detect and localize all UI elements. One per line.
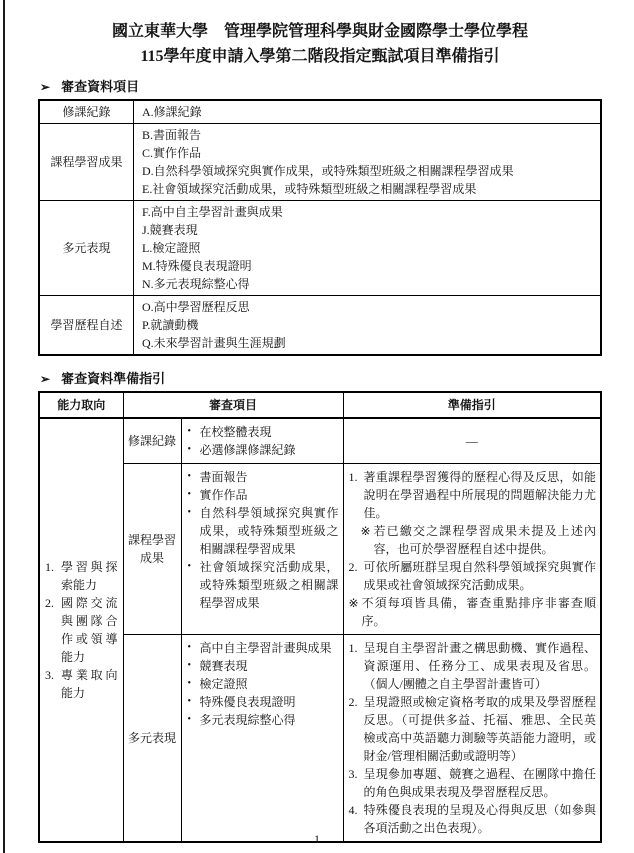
item-line: D.自然科學領域探究與實作成果，或特殊類型班級之相關課程學習成果 (142, 162, 592, 180)
arrowhead-icon: ➢ (40, 79, 50, 96)
note-marker: ※ (349, 594, 362, 630)
item-line: L.檢定證照 (142, 239, 592, 257)
guide-text: 不須每項皆具備，審查重點排序非審查順序。 (362, 594, 596, 630)
bullet-text: 檢定證照 (200, 675, 339, 693)
ability-number: 3. (45, 666, 61, 702)
bullet-item: • 多元表現綜整心得 (188, 711, 339, 729)
section-heading-prep-guide: ➢ 審查資料準備指引 (40, 370, 602, 388)
guide-item: 3. 呈現參加專題、競賽之過程、在團隊中擔任的角色與成果表現及學習歷程反思。 (349, 765, 596, 801)
document-page: 國立東華大學 管理學院管理科學與財金國際學士學位學程 115學年度申請入學第二階… (38, 0, 602, 843)
document-title: 國立東華大學 管理學院管理科學與財金國際學士學位學程 115學年度申請入學第二階… (38, 19, 602, 69)
item-line: Q.未來學習計畫與生涯規劃 (142, 334, 592, 352)
item-line: M.特殊優良表現證明 (142, 257, 592, 275)
bullet-text: 書面報告 (200, 468, 339, 486)
bullet-item: • 特殊優良表現證明 (188, 693, 339, 711)
table-row: 1. 學習與探索能力 2. 國際交流與團隊合作或領導能力 3. 專業取向能力 修… (39, 418, 601, 464)
guide-text: 呈現證照或檢定資格考取的成果及學習歷程反思。（可提供多益、托福、雅思、全民英檢或… (364, 693, 596, 765)
category-cell: 課程學習成果 (39, 124, 134, 201)
table-row: 學習歷程自述 O.高中學習歷程反思 P.就讀動機 Q.未來學習計畫與生涯規劃 (39, 296, 601, 356)
table-header-row: 能力取向 審查項目 準備指引 (39, 392, 601, 418)
bullet-text: 在校整體表現 (200, 423, 339, 441)
bullet-icon: • (188, 423, 200, 441)
category-cell: 修課紀錄 (39, 100, 134, 124)
prep-guide-table: 能力取向 審查項目 準備指引 1. 學習與探索能力 2. 國際交流與團隊合作或領… (38, 391, 602, 843)
bullet-text: 社會領域探究活動成果，或特殊類型班級之相關課程學習成果 (200, 558, 339, 612)
bullet-text: 高中自主學習計畫與成果 (200, 639, 339, 657)
item-line: F.高中自主學習計畫與成果 (142, 203, 592, 221)
guide-dash: — (343, 418, 601, 464)
bullet-item: • 高中自主學習計畫與成果 (188, 639, 339, 657)
item-line: N.多元表現綜整心得 (142, 275, 592, 293)
items-cell: O.高中學習歷程反思 P.就讀動機 Q.未來學習計畫與生涯規劃 (134, 296, 602, 356)
guide-note: ※ 若已繳交之課程學習成果未提及上述內容，也可於學習歷程自述中提供。 (361, 522, 596, 558)
guide-number: 1. (349, 468, 364, 522)
items-cell: A.修課紀錄 (134, 100, 602, 124)
bullet-item: • 書面報告 (188, 468, 339, 486)
category-cell: 課程學習成果 (123, 464, 181, 635)
bullet-text: 競賽表現 (200, 657, 339, 675)
section-heading-review-items: ➢ 審查資料項目 (40, 78, 602, 96)
guide-item: 1. 呈現自主學習計畫之構思動機、實作過程、資源運用、任務分工、成果表現及省思。… (349, 639, 596, 693)
bullet-icon: • (188, 657, 200, 675)
section-heading-label: 審查資料項目 (61, 78, 139, 95)
ability-text: 學習與探索能力 (61, 558, 118, 594)
bullet-text: 多元表現綜整心得 (200, 711, 339, 729)
bullet-item: • 必選修課修課紀錄 (188, 441, 339, 459)
table-row: 修課紀錄 A.修課紀錄 (39, 100, 601, 124)
bullet-icon: • (188, 693, 200, 711)
bullet-item: • 實作作品 (188, 486, 339, 504)
category-cell: 修課紀錄 (123, 418, 181, 464)
title-line-2: 115學年度申請入學第二階段指定甄試項目準備指引 (38, 44, 602, 69)
bullet-icon: • (188, 504, 200, 558)
bullet-item: • 競賽表現 (188, 657, 339, 675)
table-row: 課程學習成果 B.書面報告 C.實作作品 D.自然科學領域探究與實作成果，或特殊… (39, 124, 601, 201)
bullet-icon: • (188, 468, 200, 486)
review-items-cell: • 書面報告 • 實作作品 • 自然科學領域探究與實作成果，或特殊類型班級之相關… (181, 464, 343, 635)
prep-guide-cell: 1. 呈現自主學習計畫之構思動機、實作過程、資源運用、任務分工、成果表現及省思。… (343, 635, 601, 843)
ability-text: 專業取向能力 (61, 666, 118, 702)
review-items-cell: • 在校整體表現 • 必選修課修課紀錄 (181, 418, 343, 464)
guide-number: 2. (349, 693, 364, 765)
page-number: 1 (0, 832, 634, 847)
items-cell: F.高中自主學習計畫與成果 J.競賽表現 L.檢定證照 M.特殊優良表現證明 N… (134, 201, 602, 296)
category-cell: 學習歷程自述 (39, 296, 134, 356)
bullet-icon: • (188, 711, 200, 729)
item-line: E.社會領域探究活動成果，或特殊類型班級之相關課程學習成果 (142, 180, 592, 198)
note-marker: ※ (361, 522, 374, 558)
bullet-text: 必選修課修課紀錄 (200, 441, 339, 459)
header-prep-guide: 準備指引 (343, 392, 601, 418)
table-row: 多元表現 F.高中自主學習計畫與成果 J.競賽表現 L.檢定證照 M.特殊優良表… (39, 201, 601, 296)
bullet-item: • 社會領域探究活動成果，或特殊類型班級之相關課程學習成果 (188, 558, 339, 612)
item-line: A.修課紀錄 (142, 103, 592, 121)
prep-guide-cell: 1. 著重課程學習獲得的歷程心得及反思，如能說明在學習過程中所展現的問題解決能力… (343, 464, 601, 635)
category-cell: 多元表現 (123, 635, 181, 843)
guide-number: 1. (349, 639, 364, 693)
items-cell: B.書面報告 C.實作作品 D.自然科學領域探究與實作成果，或特殊類型班級之相關… (134, 124, 602, 201)
ability-number: 1. (45, 558, 61, 594)
guide-number: 3. (349, 765, 364, 801)
guide-text: 著重課程學習獲得的歷程心得及反思，如能說明在學習過程中所展現的問題解決能力尤佳。 (364, 468, 596, 522)
guide-item: 2. 可依所屬班群呈現自然科學領域探究與實作成果或社會領域探究活動成果。 (349, 558, 596, 594)
bullet-item: • 在校整體表現 (188, 423, 339, 441)
bullet-icon: • (188, 486, 200, 504)
bullet-text: 自然科學領域探究與實作成果，或特殊類型班級之相關課程學習成果 (200, 504, 339, 558)
guide-note: ※ 不須每項皆具備，審查重點排序非審查順序。 (349, 594, 596, 630)
header-ability: 能力取向 (39, 392, 123, 418)
bullet-icon: • (188, 558, 200, 612)
item-line: B.書面報告 (142, 126, 592, 144)
bullet-text: 特殊優良表現證明 (200, 693, 339, 711)
bullet-item: • 自然科學領域探究與實作成果，或特殊類型班級之相關課程學習成果 (188, 504, 339, 558)
page-edge-line (3, 0, 5, 853)
section-heading-label: 審查資料準備指引 (61, 370, 165, 387)
bullet-item: • 檢定證照 (188, 675, 339, 693)
table-row: 課程學習成果 • 書面報告 • 實作作品 • 自然科學領域探究與實作成果，或特殊… (39, 464, 601, 635)
ability-number: 2. (45, 594, 61, 666)
review-items-cell: • 高中自主學習計畫與成果 • 競賽表現 • 檢定證照 • 特殊優良表現證明 • (181, 635, 343, 843)
arrowhead-icon: ➢ (40, 371, 50, 388)
guide-text: 呈現參加專題、競賽之過程、在團隊中擔任的角色與成果表現及學習歷程反思。 (364, 765, 596, 801)
bullet-icon: • (188, 441, 200, 459)
review-items-table: 修課紀錄 A.修課紀錄 課程學習成果 B.書面報告 C.實作作品 D.自然科學領… (38, 99, 602, 356)
item-line: O.高中學習歷程反思 (142, 298, 592, 316)
bullet-icon: • (188, 639, 200, 657)
guide-text: 可依所屬班群呈現自然科學領域探究與實作成果或社會領域探究活動成果。 (364, 558, 596, 594)
item-line: J.競賽表現 (142, 221, 592, 239)
guide-item: 1. 著重課程學習獲得的歷程心得及反思，如能說明在學習過程中所展現的問題解決能力… (349, 468, 596, 522)
item-line: P.就讀動機 (142, 316, 592, 334)
guide-item: 2. 呈現證照或檢定資格考取的成果及學習歷程反思。（可提供多益、托福、雅思、全民… (349, 693, 596, 765)
title-line-1: 國立東華大學 管理學院管理科學與財金國際學士學位學程 (38, 19, 602, 44)
bullet-icon: • (188, 675, 200, 693)
item-line: C.實作作品 (142, 144, 592, 162)
table-row: 多元表現 • 高中自主學習計畫與成果 • 競賽表現 • 檢定證照 • 特殊優良表… (39, 635, 601, 843)
ability-item: 2. 國際交流與團隊合作或領導能力 (45, 594, 118, 666)
guide-text: 若已繳交之課程學習成果未提及上述內容，也可於學習歷程自述中提供。 (374, 522, 596, 558)
bullet-text: 實作作品 (200, 486, 339, 504)
ability-item: 3. 專業取向能力 (45, 666, 118, 702)
ability-item: 1. 學習與探索能力 (45, 558, 118, 594)
guide-text: 呈現自主學習計畫之構思動機、實作過程、資源運用、任務分工、成果表現及省思。（個人… (364, 639, 596, 693)
ability-text: 國際交流與團隊合作或領導能力 (61, 594, 118, 666)
category-cell: 多元表現 (39, 201, 134, 296)
ability-orientation-cell: 1. 學習與探索能力 2. 國際交流與團隊合作或領導能力 3. 專業取向能力 (39, 418, 123, 842)
header-review-item: 審查項目 (123, 392, 343, 418)
guide-number: 2. (349, 558, 364, 594)
